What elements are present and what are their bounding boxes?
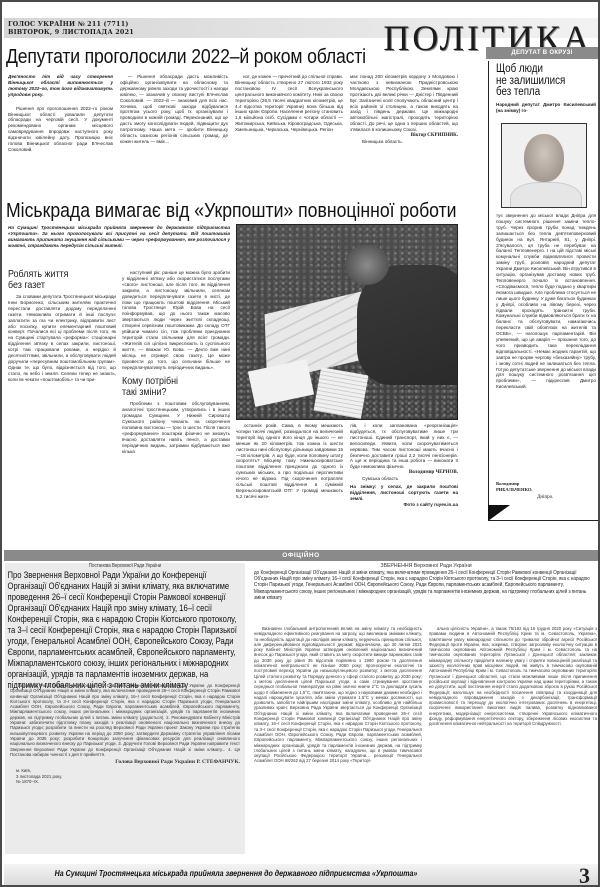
article2-lead: На Сумщині Тростянецька міськрада прийня… xyxy=(8,225,230,263)
subheading-2: Кому потрібні такі зміни? xyxy=(122,376,214,398)
appeal-column-1: Визнаючи глобальний антропогенний вплив … xyxy=(254,626,422,851)
appeal-block: ЗВЕРНЕННЯ Верховної Ради України до Конф… xyxy=(254,563,598,854)
photo-credit: Фото з сайту ruyev.in.ua xyxy=(350,502,458,508)
article1-headline: Депутати проголосили 2022–й роком област… xyxy=(6,45,366,69)
appeal-column-2: альна цілісність України», а також 75/19… xyxy=(429,626,597,851)
article1-col1-text: Рішення про проголошення 2022–го роком В… xyxy=(8,106,113,153)
issue-date: ВІВТОРОК, 9 ЛИСТОПАДА 2021 xyxy=(8,28,134,36)
subheading-1-line: без газет xyxy=(8,280,100,291)
article2-column-4: останніх років. Сама, в якому мешкають ч… xyxy=(236,423,343,545)
sidebar-title-line: Щоб люди xyxy=(496,64,590,76)
article1-column-3: ної, де кожен — причетний до спільної сп… xyxy=(235,74,343,189)
appeal-title: до Конференції Організації Об'єднаних На… xyxy=(254,570,595,601)
masthead: ГОЛОС УКРАЇНИ № 211 (7711) ВІВТОРОК, 9 Л… xyxy=(4,18,598,38)
photo-person-head xyxy=(345,245,389,285)
deputy-sidebar: ДЕПУТАТ В ОКРУЗІ Щоб люди не залишилися … xyxy=(486,47,598,552)
decree-number: № 1870–IX. xyxy=(10,779,240,784)
sidebar-tag: ДЕПУТАТ В ОКРУЗІ xyxy=(486,47,598,59)
photo-newspaper xyxy=(248,359,314,407)
article1-column-2: — Рішення обласради дасть можливість офі… xyxy=(120,74,228,189)
article1-location: Вінницька область. xyxy=(350,139,458,145)
article1-column-1: Дев'яносто літ від часу створення Вінниц… xyxy=(8,74,113,189)
subheading-2-line: такі зміни? xyxy=(122,387,214,398)
decree-text: Верховна Рада України постановляє: 1. Сх… xyxy=(10,683,240,757)
issue-number: ГОЛОС УКРАЇНИ № 211 (7711) xyxy=(8,20,134,28)
decree-signature: Голова Верховної Ради України Р. СТЕФАНЧ… xyxy=(10,760,240,765)
sidebar-author: Володимир РИБАЛЬЧЕНКО. xyxy=(496,481,596,493)
deputy-portrait-photo xyxy=(501,123,587,208)
sidebar-title: Щоб люди не залишилися без тепла xyxy=(496,64,590,99)
photo-newspaper xyxy=(314,367,369,419)
article2-column-2: наступний рік: раніше це можна було зроб… xyxy=(122,270,230,550)
subheading-1: Роблять життя без газет xyxy=(8,269,100,291)
photo-caption: На знімку: у селах, де закрили поштові в… xyxy=(350,484,458,502)
decree-kicker: Постанова Верховної Ради України xyxy=(23,563,227,570)
article1-col4-text: має понад 200 кілометрів кордону з Молдо… xyxy=(350,74,458,133)
article2-location: Сумська область xyxy=(350,476,458,482)
official-section-band: ОФІЦІЙНО xyxy=(4,550,598,561)
portrait-head xyxy=(524,134,564,182)
article2-headline: Міськрада вимагає від «Укрпошти» повноці… xyxy=(6,199,457,223)
decree-title: Про Звернення Верховної Ради України до … xyxy=(5,570,245,691)
postal-worker-photo xyxy=(236,224,458,420)
sidebar-title-line: без тепла xyxy=(496,87,590,99)
appeal-kicker: ЗВЕРНЕННЯ Верховної Ради України xyxy=(254,563,598,570)
article2-col3-text: Проблеми з поштовим обслуговуванням, ана… xyxy=(122,401,230,454)
sidebar-author-last: РИБАЛЬЧЕНКО. xyxy=(496,487,596,493)
decree-body: Верховна Рада України постановляє: 1. Сх… xyxy=(10,683,240,784)
sidebar-box: Щоб люди не залишилися без тепла Народни… xyxy=(488,61,598,521)
decree-block: Постанова Верховної Ради України Про Зве… xyxy=(5,563,245,854)
article2-column-5: лів, і коли запланована «реорганізація» … xyxy=(350,423,458,545)
article2-col5-text: лів, і коли запланована «реорганізація» … xyxy=(350,423,458,470)
sidebar-body: тує звернення до міської влади Дніпра дл… xyxy=(496,213,596,471)
corner-triangle xyxy=(488,505,510,521)
article1-column-4: має понад 200 кілометрів кордону з Молдо… xyxy=(350,74,458,194)
page-number: 3 xyxy=(579,863,590,887)
newspaper-page: ГОЛОС УКРАЇНИ № 211 (7711) ВІВТОРОК, 9 Л… xyxy=(0,0,600,887)
article1-lead: Дев'яносто літ від часу створення Вінниц… xyxy=(8,74,113,98)
footer-teaser: На Сумщині Тростянецька міськрада прийня… xyxy=(12,869,459,878)
sidebar-location: Дніпро. xyxy=(537,495,597,501)
article2-col1-text: За словами депутата Тростянецької міськр… xyxy=(8,294,116,383)
article2-column-1: Роблять життя без газет За словами депут… xyxy=(8,267,116,552)
page-footer: На Сумщині Тростянецька міськрада прийня… xyxy=(4,864,598,886)
portrait-shirt xyxy=(510,182,582,208)
sidebar-lead: Народний депутат Дмитро Кисилевський (на… xyxy=(496,102,596,114)
article2-col2-text: наступний рік: раніше це можна було зроб… xyxy=(122,270,230,370)
issue-info: ГОЛОС УКРАЇНИ № 211 (7711) ВІВТОРОК, 9 Л… xyxy=(8,20,134,36)
